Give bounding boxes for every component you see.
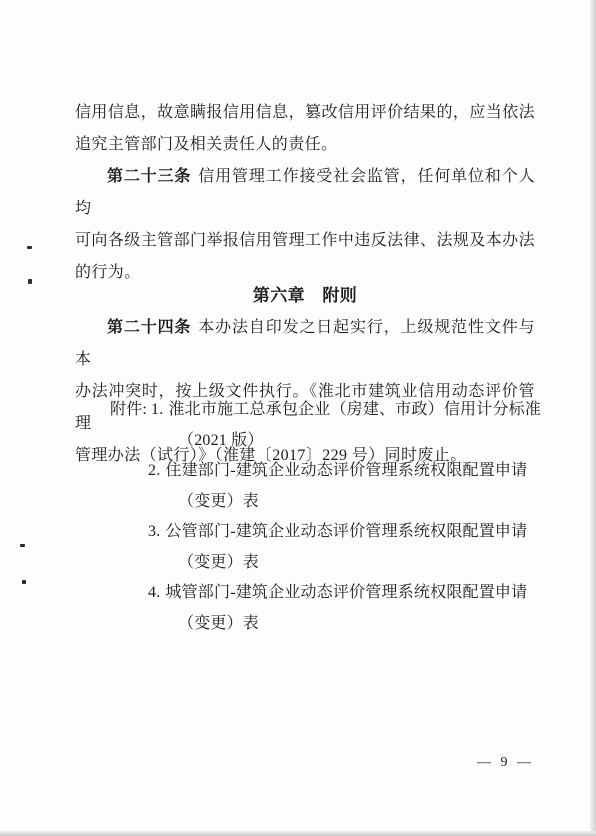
scan-edge-bottom	[0, 831, 596, 836]
attachment-line-continuation: （变更）表	[110, 487, 550, 518]
page-number: — 9 —	[477, 755, 534, 771]
attachment-line-continuation: （变更）表	[110, 609, 550, 640]
attachment-item: 附件:1.淮北市施工总承包企业（房建、市政）信用计分标准	[110, 395, 550, 426]
text-line: 追究主管部门及相关责任人的责任。	[75, 129, 535, 161]
article-number: 第二十四条	[107, 319, 191, 336]
attachment-item-number: 1.	[151, 401, 163, 418]
chapter-heading: 第六章 附则	[75, 280, 535, 312]
ink-speck	[27, 246, 32, 249]
attachment-item-number: 4.	[148, 584, 160, 601]
document-page: 信用信息，故意瞒报信用信息，篡改信用评价结果的，应当依法追究主管部门及相关责任人…	[0, 0, 596, 836]
article-number: 第二十三条	[107, 168, 191, 185]
ink-speck	[22, 580, 26, 584]
attachment-line-continuation: （2021 版）	[110, 426, 550, 457]
attachment-line-continuation: （变更）表	[110, 548, 550, 579]
scan-edge-right	[590, 0, 596, 836]
text-line: 可向各级主管部门举报信用管理工作中违反法律、法规及本办法	[75, 225, 535, 257]
text-line: 信用信息，故意瞒报信用信息，篡改信用评价结果的，应当依法	[75, 97, 535, 129]
attachment-item-number: 2.	[148, 462, 160, 479]
attachments-label: 附件:	[110, 401, 147, 418]
attachment-item: 2.住建部门-建筑企业动态评价管理系统权限配置申请	[110, 456, 550, 487]
attachment-item: 3.公管部门-建筑企业动态评价管理系统权限配置申请	[110, 517, 550, 548]
text-line: 第二十四条本办法自印发之日起实行，上级规范性文件与本	[75, 312, 535, 376]
attachment-item-number: 3.	[148, 523, 160, 540]
ink-speck	[20, 544, 25, 547]
ink-speck	[28, 279, 32, 284]
attachment-list: 附件:1.淮北市施工总承包企业（房建、市政）信用计分标准（2021 版）2.住建…	[110, 395, 550, 639]
text-line: 第二十三条信用管理工作接受社会监管，任何单位和个人均	[75, 161, 535, 225]
attachment-item: 4.城管部门-建筑企业动态评价管理系统权限配置申请	[110, 578, 550, 609]
